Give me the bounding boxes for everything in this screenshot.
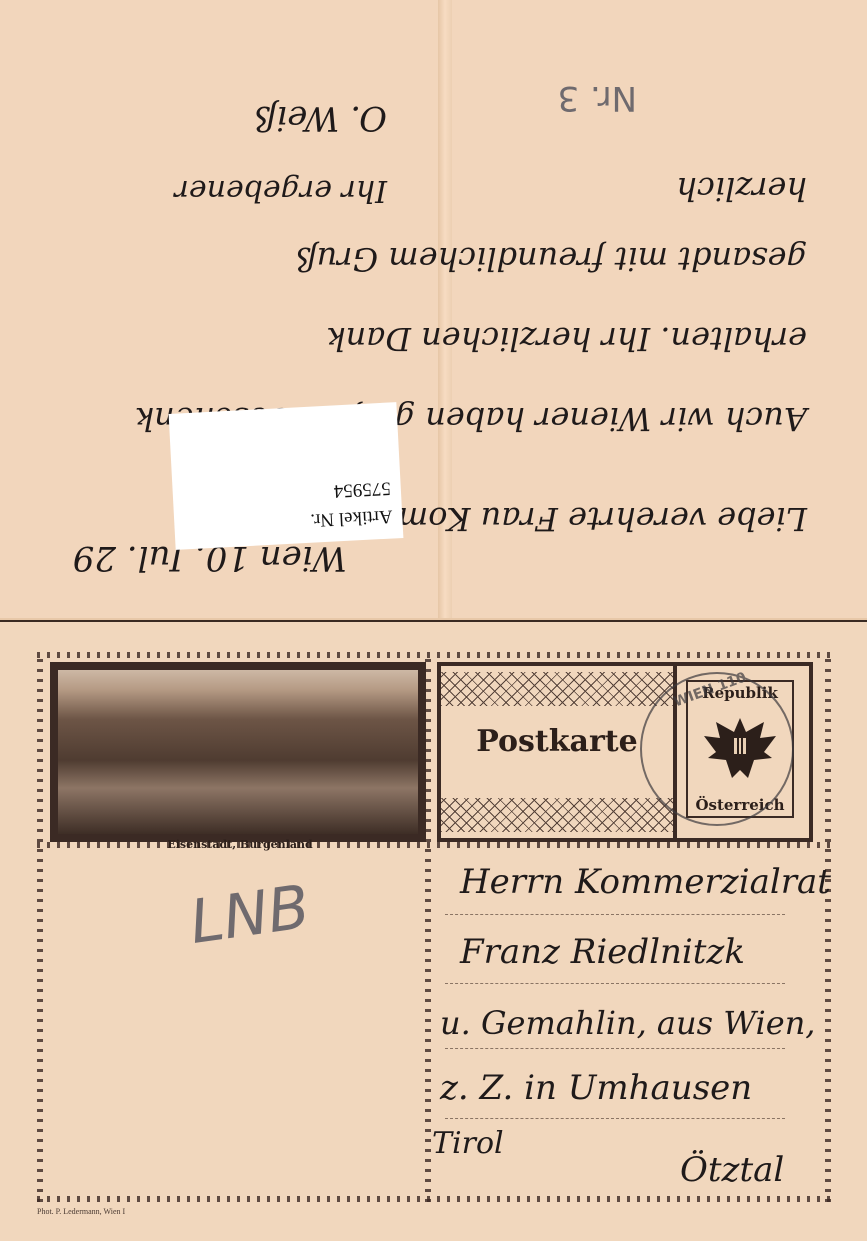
address-line-4 [445, 1118, 785, 1119]
address-line-3 [445, 1048, 785, 1049]
letter-signature: O. Weiß [254, 98, 387, 138]
postmark: WIEN 110 [640, 672, 794, 826]
letter-side: Wien 10. Jul. 29 Liebe verehrte Frau Kom… [0, 0, 867, 618]
pattern-top [441, 672, 673, 706]
address-line-1 [445, 914, 785, 915]
letter-line: gesandt mit freundlichem Gruß [295, 240, 807, 278]
ornamental-border-right [825, 652, 831, 1202]
eisenstadt-photo [58, 670, 418, 834]
letter-line: Ihr ergebener [175, 173, 387, 208]
address-region: Tirol [432, 1126, 504, 1161]
postkarte-title: Postkarte [441, 724, 673, 759]
letter-line: herzlich [676, 170, 807, 208]
address-line: u. Gemahlin, aus Wien, [440, 1004, 815, 1042]
address-valley: Ötztal [680, 1150, 784, 1190]
article-sticker: 575954 Artikel Nr. [169, 402, 404, 550]
letter-line: erhalten. Ihr herzlichen Dank [326, 320, 807, 358]
address-line-2 [445, 983, 785, 984]
pencil-note: Nr. 3 [557, 78, 637, 118]
ornamental-border-top [37, 652, 831, 658]
pattern-bottom [441, 798, 673, 832]
address-recipient-name: Franz Riedlnitzk [460, 932, 745, 972]
photo-frame [50, 662, 426, 842]
article-number: 575954 [333, 477, 391, 502]
photo-caption: Eisenstadt, Burgenland [150, 838, 330, 851]
ornamental-border-left [37, 652, 43, 1202]
address-town: z. Z. in Umhausen [440, 1068, 752, 1108]
ornamental-border-bottom [37, 1196, 831, 1202]
address-recipient-title: Herrn Kommerzialrat [460, 862, 831, 902]
article-label: Artikel Nr. [309, 505, 392, 531]
photo-credit: Phot. P. Ledermann, Wien I [37, 1207, 125, 1216]
